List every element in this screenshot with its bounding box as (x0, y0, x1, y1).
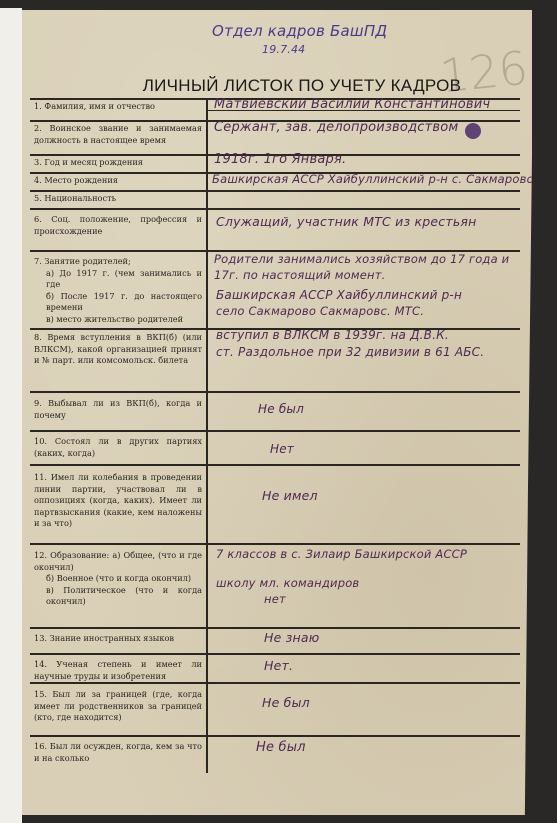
field-answer-15: Не был (262, 695, 310, 710)
field-label-2: 2. Воинское звание и занимаемая должност… (34, 123, 202, 146)
field-label-16: 16. Был ли осужден, когда, кем за что и … (34, 741, 202, 764)
field-answer-8-line-2: ст. Раздольное при 32 дивизии в 61 АБС. (216, 345, 484, 359)
field-answer-7-line-4: село Сакмарово Сакмаровс. МТС. (216, 304, 424, 318)
ink-blot (465, 123, 481, 139)
field-label-15: 15. Был ли за границей (где, когда имеет… (34, 689, 202, 724)
field-label-6: 6. Соц. положение, профессия и происхожд… (34, 214, 202, 237)
field-label-14: 14. Ученая степень и имеет ли научные тр… (34, 659, 202, 682)
column-divider (206, 98, 208, 773)
field-label-3: 3. Год и месяц рождения (34, 157, 202, 169)
field-answer-12-line-1: 7 классов в с. Зилаир Башкирской АССР (216, 547, 467, 561)
personnel-form-sheet: Отдел кадров БашПД 19.7.44 126 ЛИЧНЫЙ ЛИ… (22, 10, 532, 815)
field-answer-7-line-2: 17г. по настоящий момент. (214, 268, 386, 282)
rule-row-15 (30, 735, 520, 737)
field-answer-4: Башкирская АССР Хайбуллинский р-н с. Сак… (212, 172, 534, 186)
rule-row-9 (30, 430, 520, 432)
rule-row-10 (30, 464, 520, 466)
field-answer-11: Не имел (262, 488, 318, 503)
field-label-7: 7. Занятие родителей; а) До 1917 г. (чем… (34, 256, 202, 325)
field-label-11: 11. Имел ли колебания в проведении линии… (34, 472, 202, 530)
rule-row-5 (30, 208, 520, 210)
field-label-1: 1. Фамилия, имя и отчество (34, 101, 202, 113)
field-answer-3: 1918г. 1го Января. (214, 152, 346, 167)
rule-row-11 (30, 543, 520, 545)
rule-row-14 (30, 682, 520, 684)
field-answer-6: Служащий, участник МТС из крестьян (216, 214, 476, 229)
handwritten-department-note: Отдел кадров БашПД (212, 22, 387, 40)
handwritten-date-note: 19.7.44 (262, 43, 305, 56)
rule-row-8 (30, 391, 520, 393)
rule-row-13 (30, 653, 520, 655)
field-answer-9: Не был (258, 402, 304, 416)
field-answer-12-line-2: школу мл. командиров (216, 576, 359, 590)
field-answer-7-line-1: Родители занимались хозяйством до 17 год… (214, 252, 509, 266)
field-answer-14: Нет. (264, 658, 293, 673)
field-label-9: 9. Выбывал ли из ВКП(б), когда и почему (34, 398, 202, 421)
field-answer-10: Нет (270, 442, 294, 456)
field-label-5: 5. Национальность (34, 193, 202, 205)
rule-row-12 (30, 627, 520, 629)
field-answer-2: Сержант, зав. делопроизводством (214, 120, 458, 135)
form-title: ЛИЧНЫЙ ЛИСТОК ПО УЧЕТУ КАДРОВ (112, 76, 492, 96)
field-label-10: 10. Состоял ли в других партиях (каких, … (34, 436, 202, 459)
field-answer-13: Не знаю (264, 630, 319, 645)
field-answer-8-line-1: вступил в ВЛКСМ в 1939г. на Д.В.К. (216, 328, 449, 342)
rule-row-4 (30, 190, 520, 192)
field-label-12: 12. Образование: а) Общее, (что и где ок… (34, 550, 202, 608)
rule-answer-1 (208, 110, 520, 111)
field-answer-12-line-3: нет (264, 592, 286, 606)
field-label-4: 4. Место рождения (34, 175, 202, 187)
field-answer-16: Не был (256, 740, 306, 755)
field-label-13: 13. Знание иностранных языков (34, 633, 202, 645)
field-label-8: 8. Время вступления в ВКП(б) (или ВЛКСМ)… (34, 332, 202, 367)
field-answer-7-line-3: Башкирская АССР Хайбуллинский р-н (216, 288, 462, 302)
scanner-margin (0, 8, 22, 823)
